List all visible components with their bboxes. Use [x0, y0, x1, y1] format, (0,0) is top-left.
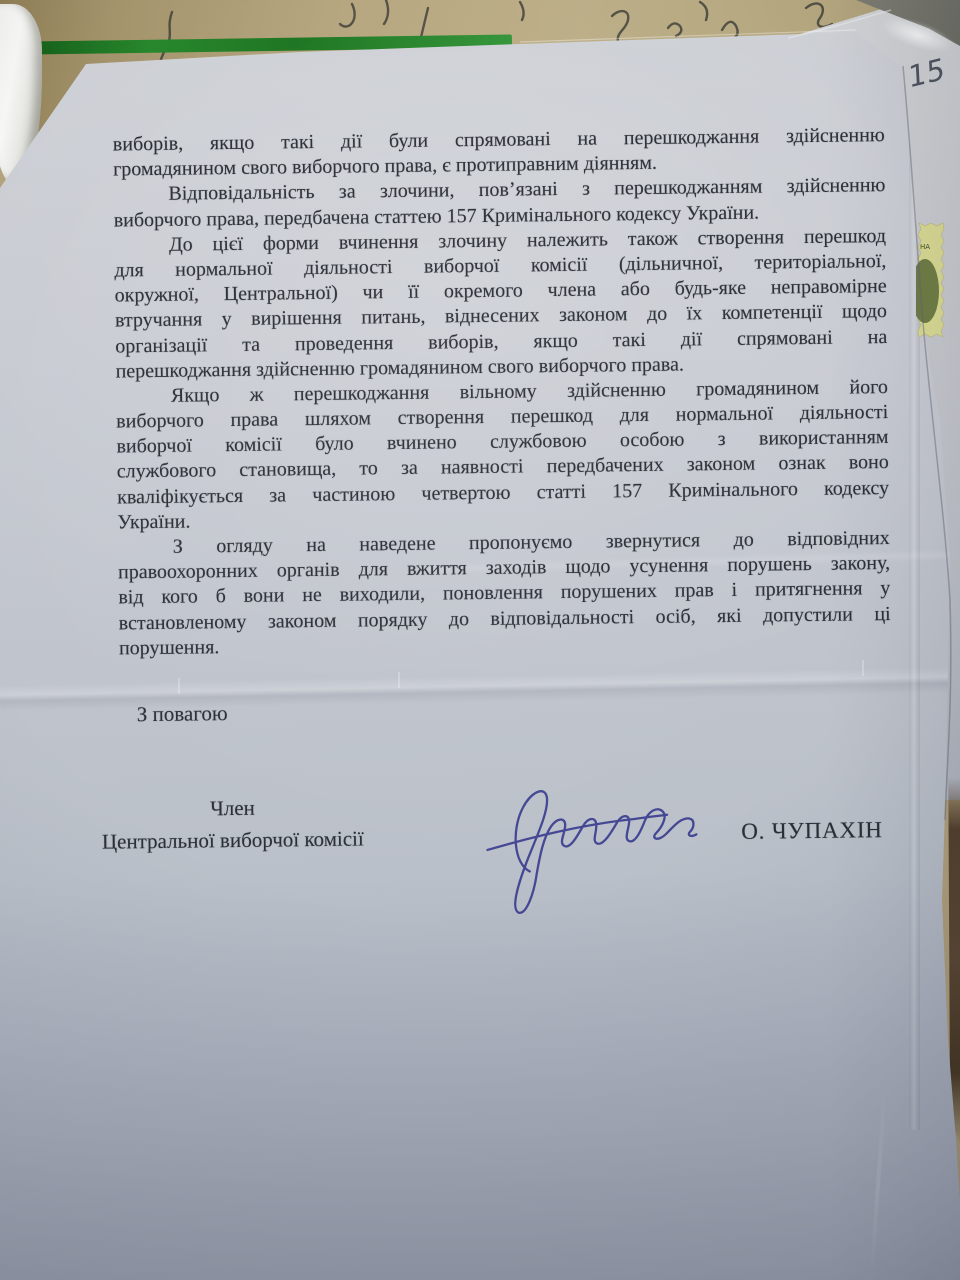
stamp-text: НА — [920, 243, 930, 251]
document-page: виборів, якщо такі дії були спрямовані н… — [0, 0, 960, 1280]
signer-title: Член Центральної виборчої комісії — [82, 790, 384, 858]
photo-frame: виборів, якщо такі дії були спрямовані н… — [0, 0, 960, 1280]
signer-title-line-2: Центральної виборчої комісії — [82, 822, 383, 858]
page-content: виборів, якщо такі дії були спрямовані н… — [0, 0, 960, 1280]
postage-stamp: НА — [916, 221, 946, 339]
document-body: виборів, якщо такі дії були спрямовані н… — [113, 123, 891, 661]
closing-salutation: З повагою — [137, 701, 228, 727]
signer-title-line-1: Член — [82, 790, 383, 826]
signature-scribble — [482, 763, 709, 916]
signer-name: О. ЧУПАХІН — [741, 817, 883, 845]
